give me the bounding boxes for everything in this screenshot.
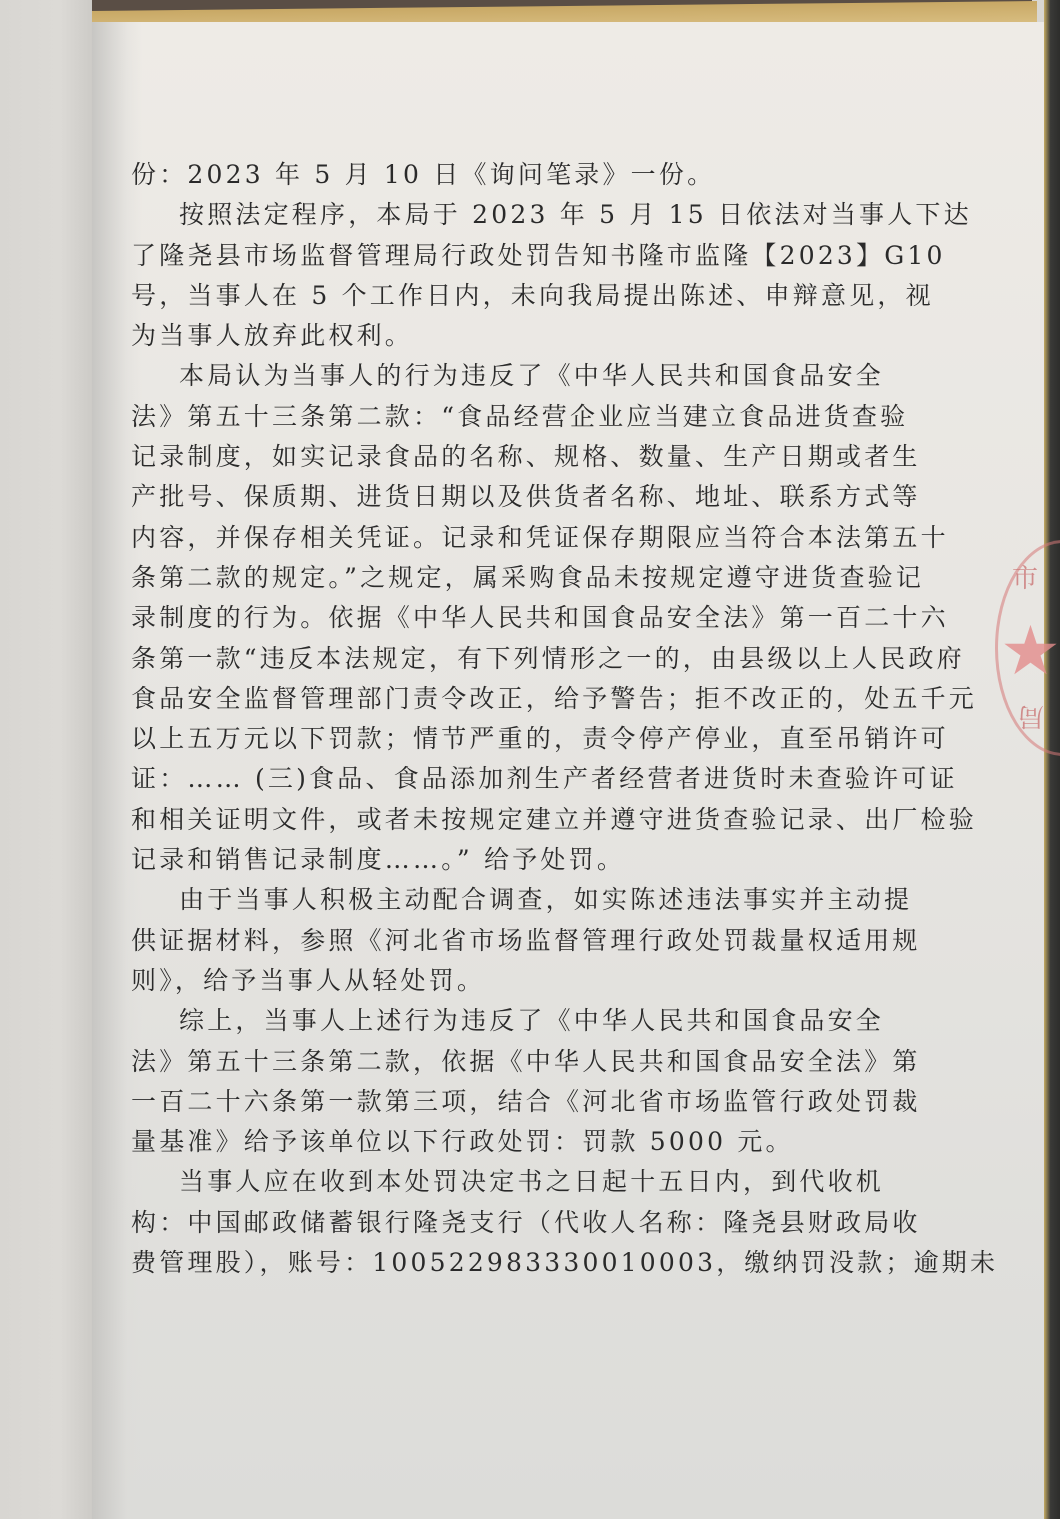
text-line: 本局认为当事人的行为违反了《中华人民共和国食品安全: [131, 356, 951, 396]
text-line: 记录和销售记录制度……。” 给予处罚。: [131, 840, 951, 880]
text-line: 法》第五十三条第二款：“食品经营企业应当建立食品进货查验: [131, 397, 951, 437]
text-line: 份：2023 年 5 月 10 日《询问笔录》一份。: [131, 155, 951, 195]
text-line: 由于当事人积极主动配合调查，如实陈述违法事实并主动提: [131, 880, 951, 920]
text-line: 录制度的行为。依据《中华人民共和国食品安全法》第一百二十六: [131, 598, 951, 638]
adjacent-page: [0, 0, 100, 1519]
text-line: 供证据材料，参照《河北省市场监督管理行政处罚裁量权适用规: [131, 921, 951, 961]
folder-edge: [1044, 0, 1060, 1519]
text-line: 和相关证明文件，或者未按规定建立并遵守进货查验记录、出厂检验: [131, 800, 951, 840]
text-line: 食品安全监督管理部门责令改正，给予警告；拒不改正的，处五千元: [131, 679, 951, 719]
seal-star-icon: ★: [1000, 618, 1060, 686]
text-line: 以上五万元以下罚款；情节严重的，责令停产停业，直至吊销许可: [131, 719, 951, 759]
text-line: 条第一款“违反本法规定，有下列情形之一的，由县级以上人民政府: [131, 639, 951, 679]
text-line: 了隆尧县市场监督管理局行政处罚告知书隆市监隆【2023】G10: [131, 236, 951, 276]
text-line: 量基准》给予该单位以下行政处罚：罚款 5000 元。: [131, 1122, 951, 1162]
text-line: 为当事人放弃此权利。: [131, 316, 951, 356]
text-line: 证：…… (三)食品、食品添加剂生产者经营者进货时未查验许可证: [131, 759, 951, 799]
text-line: 条第二款的规定。”之规定，属采购食品未按规定遵守进货查验记: [131, 558, 951, 598]
seal-char-bottom: 局: [1018, 700, 1044, 737]
text-line: 记录制度，如实记录食品的名称、规格、数量、生产日期或者生: [131, 437, 951, 477]
text-line: 综上，当事人上述行为违反了《中华人民共和国食品安全: [131, 1001, 951, 1041]
seal-char-top: 市: [1012, 558, 1038, 595]
text-line: 产批号、保质期、进货日期以及供货者名称、地址、联系方式等: [131, 477, 951, 517]
document-body: 份：2023 年 5 月 10 日《询问笔录》一份。按照法定程序，本局于 202…: [131, 155, 951, 1283]
text-line: 则》，给予当事人从轻处罚。: [131, 961, 951, 1001]
text-line: 构：中国邮政储蓄银行隆尧支行（代收人名称：隆尧县财政局收: [131, 1203, 951, 1243]
text-line: 号，当事人在 5 个工作日内，未向我局提出陈述、申辩意见，视: [131, 276, 951, 316]
text-line: 当事人应在收到本处罚决定书之日起十五日内，到代收机: [131, 1162, 951, 1202]
text-line: 费管理股），账号：100522983330010003，缴纳罚没款；逾期未: [131, 1243, 951, 1283]
text-line: 一百二十六条第一款第三项，结合《河北省市场监管行政处罚裁: [131, 1082, 951, 1122]
text-line: 法》第五十三条第二款，依据《中华人民共和国食品安全法》第: [131, 1042, 951, 1082]
text-line: 内容，并保存相关凭证。记录和凭证保存期限应当符合本法第五十: [131, 518, 951, 558]
text-line: 按照法定程序，本局于 2023 年 5 月 15 日依法对当事人下达: [131, 195, 951, 235]
